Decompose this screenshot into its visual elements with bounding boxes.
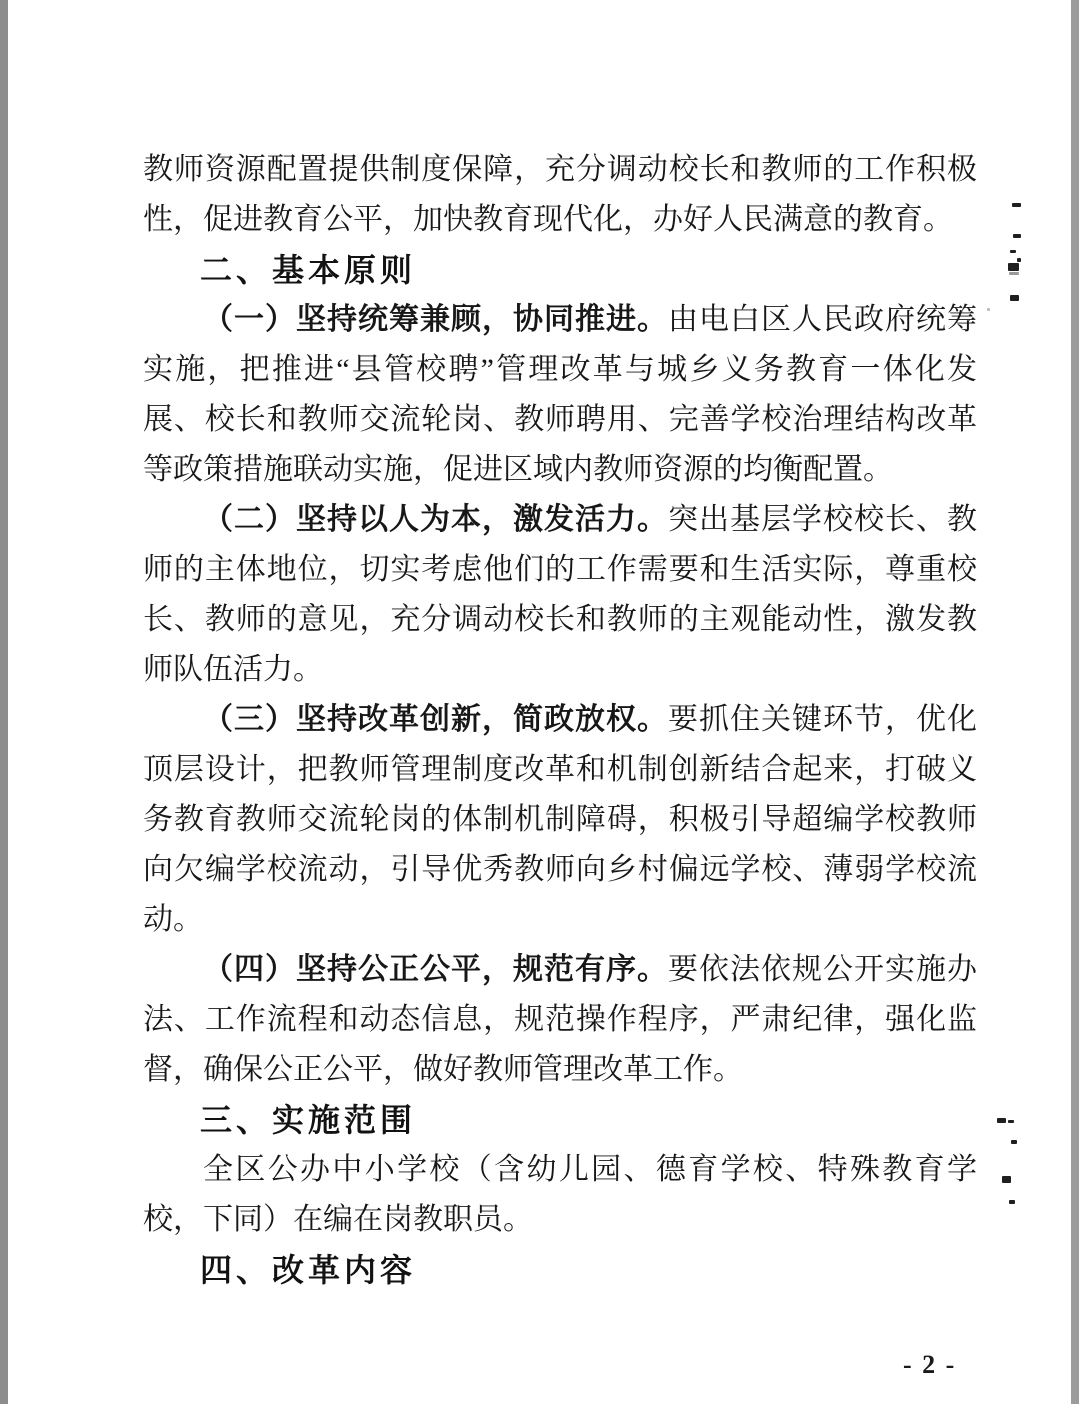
right-scan-edge-strip [1071, 0, 1079, 1404]
scan-speck [1009, 1200, 1015, 1204]
scan-speck [987, 308, 990, 311]
scan-speck [1002, 1176, 1011, 1183]
heading-reform-content: 四、改革内容 [143, 1245, 977, 1295]
principle-4-lead: （四）坚持公正公平，规范有序。 [203, 953, 668, 986]
scan-speck [997, 1118, 1006, 1123]
scan-speck [1008, 1120, 1014, 1123]
scan-speck [1010, 250, 1016, 253]
scan-speck [1011, 1140, 1017, 1144]
principle-3-lead: （三）坚持改革创新，简政放权。 [203, 703, 668, 736]
heading-implementation-scope: 三、实施范围 [143, 1095, 977, 1145]
scan-speck [1010, 295, 1019, 301]
scope-paragraph: 全区公办中小学校（含幼儿园、德育学校、特殊教育学校，下同）在编在岗教职员。 [143, 1145, 977, 1245]
principle-paragraph-3: （三）坚持改革创新，简政放权。要抓住关键环节，优化顶层设计，把教师管理制度改革和… [143, 695, 977, 945]
left-scan-edge-strip [0, 0, 8, 1404]
scan-speck [1013, 234, 1021, 238]
document-body: 教师资源配置提供制度保障，充分调动校长和教师的工作积极性，促进教育公平，加快教育… [143, 145, 977, 1295]
principle-3-body: 要抓住关键环节，优化顶层设计，把教师管理制度改革和机制创新结合起来，打破义务教育… [143, 703, 977, 936]
scan-speck [1012, 203, 1021, 207]
principle-paragraph-2: （二）坚持以人为本，激发活力。突出基层学校校长、教师的主体地位，切实考虑他们的工… [143, 495, 977, 695]
scan-speck [1017, 258, 1021, 262]
scan-speck [1009, 272, 1019, 275]
heading-basic-principles: 二、基本原则 [143, 245, 977, 295]
page-number: - 2 - [903, 1350, 956, 1380]
scan-speck [1008, 263, 1019, 271]
scanned-document-page: 教师资源配置提供制度保障，充分调动校长和教师的工作积极性，促进教育公平，加快教育… [0, 0, 1079, 1404]
intro-paragraph: 教师资源配置提供制度保障，充分调动校长和教师的工作积极性，促进教育公平，加快教育… [143, 145, 977, 245]
principle-2-lead: （二）坚持以人为本，激发活力。 [203, 503, 668, 536]
principle-1-lead: （一）坚持统筹兼顾，协同推进。 [203, 303, 668, 336]
principle-paragraph-1: （一）坚持统筹兼顾，协同推进。由电白区人民政府统筹实施，把推进“县管校聘”管理改… [143, 295, 977, 495]
principle-paragraph-4: （四）坚持公正公平，规范有序。要依法依规公开实施办法、工作流程和动态信息，规范操… [143, 945, 977, 1095]
